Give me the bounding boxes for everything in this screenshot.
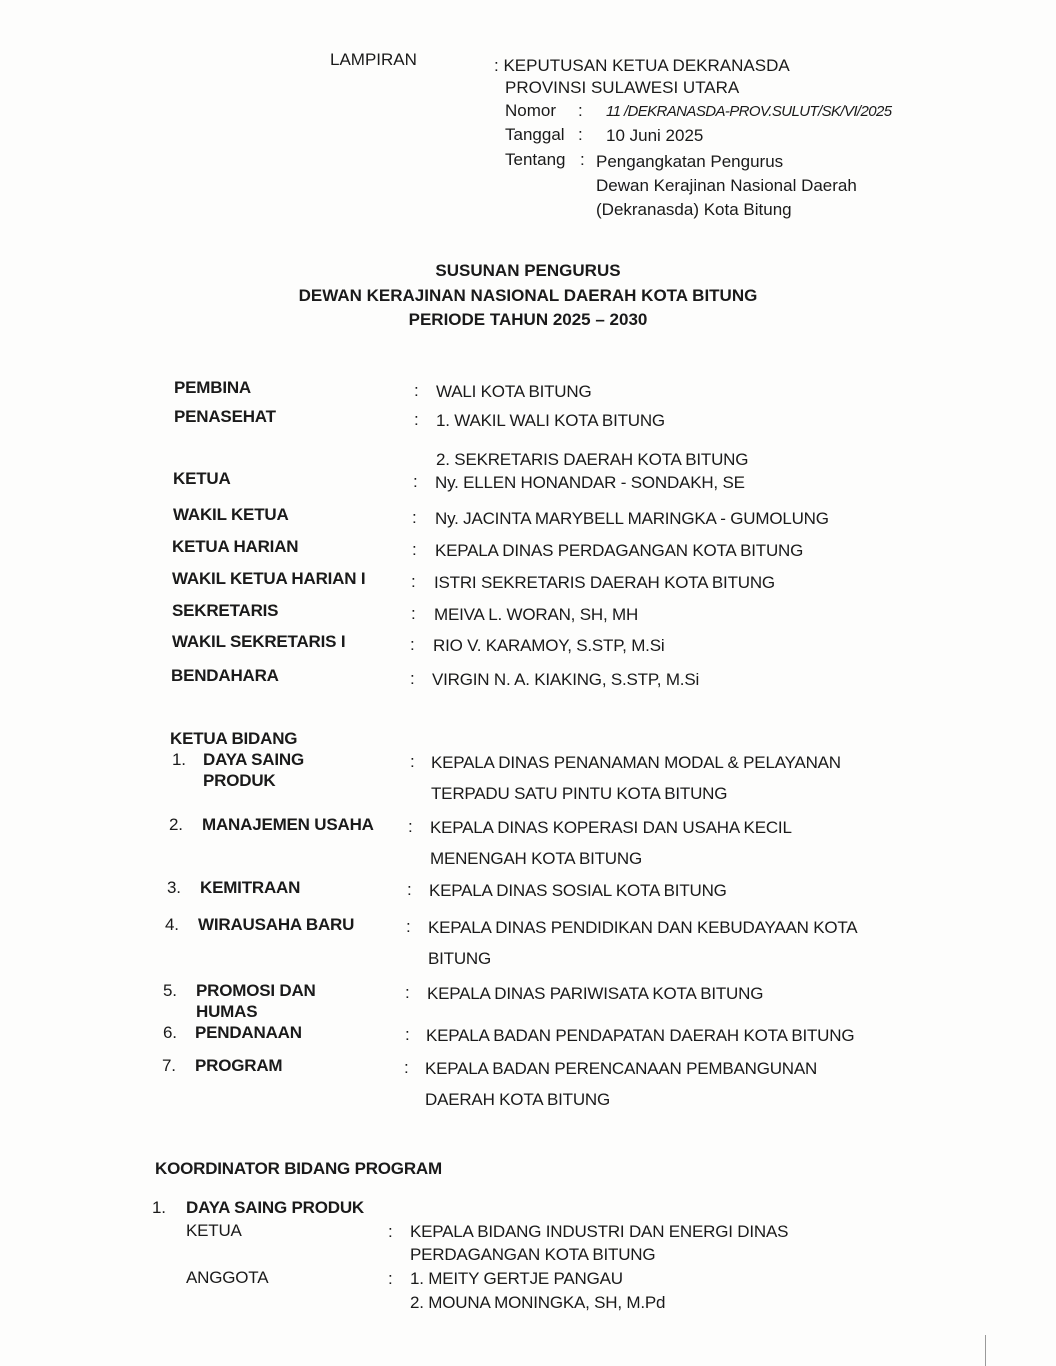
- bidang-role: PRODUK: [203, 771, 275, 791]
- pengurus-value: VIRGIN N. A. KIAKING, S.STP, M.Si: [432, 670, 699, 690]
- pengurus-colon: :: [413, 472, 418, 492]
- pengurus-value: Ny. ELLEN HONANDAR - SONDAKH, SE: [435, 473, 745, 493]
- lampiran-label: LAMPIRAN: [330, 50, 417, 70]
- tentang-line1: Pengangkatan Pengurus: [596, 152, 783, 172]
- bidang-value: MENENGAH KOTA BITUNG: [430, 849, 642, 869]
- tentang-colon: :: [580, 150, 585, 170]
- bidang-colon: :: [408, 817, 413, 837]
- pengurus-value: ISTRI SEKRETARIS DAERAH KOTA BITUNG: [434, 573, 775, 593]
- pengurus-role: KETUA HARIAN: [172, 537, 298, 557]
- bidang-colon: :: [404, 1058, 409, 1078]
- bidang-value: TERPADU SATU PINTU KOTA BITUNG: [431, 784, 727, 804]
- pengurus-colon: :: [410, 635, 415, 655]
- koordinator-ketua-label: KETUA: [186, 1221, 242, 1241]
- bidang-role: PROGRAM: [195, 1056, 282, 1076]
- bidang-colon: :: [406, 917, 411, 937]
- bidang-value: KEPALA DINAS SOSIAL KOTA BITUNG: [429, 881, 727, 901]
- nomor-value: 11 /DEKRANASDA-PROV.SULUT/SK/VI/2025: [606, 103, 891, 120]
- koordinator-ketua-line1: KEPALA BIDANG INDUSTRI DAN ENERGI DINAS: [410, 1222, 788, 1242]
- bidang-colon: :: [405, 1025, 410, 1045]
- bidang-role: KEMITRAAN: [200, 878, 300, 898]
- tentang-line3: (Dekranasda) Kota Bitung: [596, 200, 792, 220]
- koordinator-ketua-line2: PERDAGANGAN KOTA BITUNG: [410, 1245, 655, 1265]
- pengurus-colon: :: [410, 669, 415, 689]
- tentang-line2: Dewan Kerajinan Nasional Daerah: [596, 176, 857, 196]
- pengurus-colon: :: [411, 572, 416, 592]
- bidang-value: BITUNG: [428, 949, 491, 969]
- bidang-value: KEPALA BADAN PENDAPATAN DAERAH KOTA BITU…: [426, 1026, 854, 1046]
- bidang-number: 2.: [169, 815, 183, 835]
- pengurus-role: PENASEHAT: [174, 407, 276, 427]
- section1-title: DAYA SAING PRODUK: [186, 1198, 364, 1218]
- bidang-value: KEPALA DINAS PARIWISATA KOTA BITUNG: [427, 984, 763, 1004]
- bidang-value: KEPALA DINAS PENANAMAN MODAL & PELAYANAN: [431, 753, 841, 773]
- bidang-number: 6.: [163, 1023, 177, 1043]
- nomor-colon: :: [578, 101, 583, 121]
- pengurus-role: PEMBINA: [174, 378, 251, 398]
- koordinator-ketua-colon: :: [388, 1222, 393, 1242]
- pengurus-colon: :: [411, 604, 416, 624]
- title-line1: SUSUNAN PENGURUS: [0, 261, 1056, 281]
- bidang-value: DAERAH KOTA BITUNG: [425, 1090, 610, 1110]
- pengurus-role: BENDAHARA: [171, 666, 279, 686]
- title-line2: DEWAN KERAJINAN NASIONAL DAERAH KOTA BIT…: [0, 286, 1056, 306]
- bidang-value: KEPALA BADAN PERENCANAAN PEMBANGUNAN: [425, 1059, 817, 1079]
- bidang-role: WIRAUSAHA BARU: [198, 915, 354, 935]
- pengurus-role: SEKRETARIS: [172, 601, 278, 621]
- bidang-value: KEPALA DINAS KOPERASI DAN USAHA KECIL: [430, 818, 792, 838]
- bidang-role: PROMOSI DAN: [196, 981, 316, 1001]
- pengurus-role: KETUA: [173, 469, 231, 489]
- anggota-item-1: 1. MEITY GERTJE PANGAU: [410, 1269, 623, 1289]
- pengurus-colon: :: [412, 508, 417, 528]
- bidang-value: KEPALA DINAS PENDIDIKAN DAN KEBUDAYAAN K…: [428, 918, 857, 938]
- keputusan-line1: : KEPUTUSAN KETUA DEKRANASDA: [494, 56, 790, 76]
- pengurus-role: WAKIL SEKRETARIS I: [172, 632, 345, 652]
- anggota-label: ANGGOTA: [186, 1268, 268, 1288]
- tanggal-label: Tanggal: [505, 125, 565, 145]
- title-line3: PERIODE TAHUN 2025 – 2030: [0, 310, 1056, 330]
- bidang-number: 4.: [165, 915, 179, 935]
- pengurus-value: KEPALA DINAS PERDAGANGAN KOTA BITUNG: [435, 541, 803, 561]
- bidang-number: 1.: [172, 750, 186, 770]
- bidang-number: 3.: [167, 878, 181, 898]
- bidang-number: 7.: [162, 1056, 176, 1076]
- pengurus-value: WALI KOTA BITUNG: [436, 382, 592, 402]
- pengurus-colon: :: [414, 410, 419, 430]
- bidang-role: HUMAS: [196, 1002, 257, 1022]
- pengurus-value: MEIVA L. WORAN, SH, MH: [434, 605, 638, 625]
- scan-edge-line: [985, 1335, 986, 1366]
- koordinator-heading: KOORDINATOR BIDANG PROGRAM: [155, 1159, 442, 1179]
- anggota-item-2: 2. MOUNA MONINGKA, SH, M.Pd: [410, 1293, 665, 1313]
- pengurus-value: RIO V. KARAMOY, S.STP, M.Si: [433, 636, 664, 656]
- tanggal-value: 10 Juni 2025: [606, 126, 703, 146]
- anggota-colon: :: [388, 1269, 393, 1289]
- pengurus-colon: :: [412, 540, 417, 560]
- section1-number: 1.: [152, 1198, 166, 1218]
- bidang-role: DAYA SAING: [203, 750, 304, 770]
- bidang-role: MANAJEMEN USAHA: [202, 815, 374, 835]
- bidang-colon: :: [410, 752, 415, 772]
- pengurus-role: WAKIL KETUA HARIAN I: [172, 569, 365, 589]
- pengurus-value: Ny. JACINTA MARYBELL MARINGKA - GUMOLUNG: [435, 509, 829, 529]
- pengurus-value: 1. WAKIL WALI KOTA BITUNG: [436, 411, 665, 431]
- bidang-colon: :: [407, 880, 412, 900]
- pengurus-colon: :: [414, 381, 419, 401]
- nomor-label: Nomor: [505, 101, 556, 121]
- pengurus-role: WAKIL KETUA: [173, 505, 289, 525]
- pengurus-value: 2. SEKRETARIS DAERAH KOTA BITUNG: [436, 450, 748, 470]
- ketua-bidang-heading: KETUA BIDANG: [170, 729, 297, 749]
- bidang-colon: :: [405, 983, 410, 1003]
- tanggal-colon: :: [578, 125, 583, 145]
- keputusan-line2: PROVINSI SULAWESI UTARA: [505, 78, 739, 98]
- tentang-label: Tentang: [505, 150, 566, 170]
- bidang-role: PENDANAAN: [195, 1023, 302, 1043]
- bidang-number: 5.: [163, 981, 177, 1001]
